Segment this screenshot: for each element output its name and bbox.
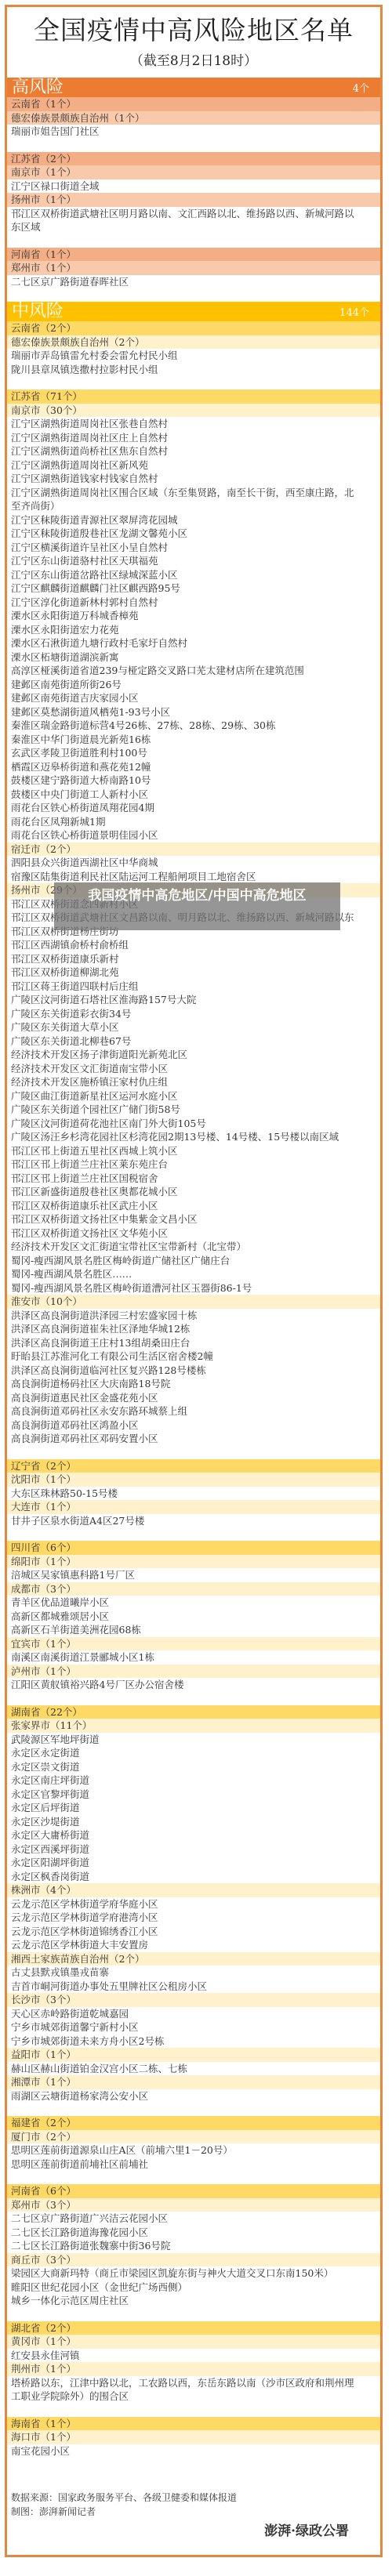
area-item: 高淳区桠溪街道省道239与桠定路交叉路口芜太建材店所在建筑范围 [7, 664, 380, 678]
area-item: 邗江区双桥街道柳湖北苑 [7, 966, 380, 980]
section-spacer [7, 234, 380, 248]
area-item: 古丈县默戎镇墨戎苗寨 [7, 1966, 380, 1980]
area-item: 梁园区大商新玛特（商丘市梁园区凯旋东街与神火大道交叉口东南150米） [7, 2266, 380, 2281]
area-item: 武陵源区军地坪街道 [7, 1733, 380, 1747]
area-item: 鼓楼区中央门街道工人新村小区 [7, 788, 380, 802]
area-item: 广陵区东关街道大草小区 [7, 1020, 380, 1034]
area-item: 大东区珠林路50-15号楼 [7, 1487, 380, 1501]
area-item: 瑞丽市姐告国门社区 [7, 125, 380, 139]
area-item: 江宁区东山街道岔路社区绿城深蓝小区 [7, 568, 380, 582]
city-header: 绵阳市（1个） [7, 1555, 380, 1569]
city-header: 德宏傣族景颇族自治州（2个） [7, 335, 380, 350]
area-item: 二七区京广路街道春晖社区 [7, 275, 380, 289]
section-spacer [7, 2404, 380, 2417]
area-item: 宿豫区陆集街道利民社区陆运河工程船闸项目工地宿舍区 [7, 870, 380, 884]
data-source: 数据来源：国家政务服务平台、各级卫健委和媒体报道 [11, 2491, 380, 2505]
section-spacer [7, 2458, 380, 2471]
area-item: 赫山区赫山街道铂金汉宫小区二栋、七栋 [7, 2062, 380, 2076]
area-item: 江宁区麒麟街道麒麟门社区麒西路95号 [7, 582, 380, 596]
area-item: 建邺区莫愁湖街道风栖苑1-93号小区 [7, 705, 380, 719]
province-header: 云南省（1个） [7, 97, 380, 111]
high-risk-count: 4个 [353, 80, 369, 95]
area-item: 雨花台区铁心桥街道凤翔花园4期 [7, 801, 380, 815]
area-item: 蜀冈-瘦西湖风景名胜区梅岭街道漕河社区玉器街86-1号 [7, 1281, 380, 1295]
high-risk-list: 云南省（1个）德宏傣族景颇族自治州（1个）瑞丽市姐告国门社区江苏省（2个）南京市… [7, 97, 380, 302]
area-item: 青羊区优品道曦岸小区 [7, 1596, 380, 1610]
area-item: 盱眙县江苏淮河化工有限公司生活区宿舍楼2幢 [7, 1350, 380, 1364]
area-item: 永定区后坪街道 [7, 1801, 380, 1815]
city-header: 湘西土家族苗族自治州（2个） [7, 1952, 380, 1966]
section-spacer [7, 288, 380, 302]
area-item: 洪泽区高良涧街道王庄村13组胡桑田庄台 [7, 1336, 380, 1350]
area-item: 思明区莲前街道源泉山庄A区（前埔六里1－20号） [7, 2143, 380, 2158]
area-item: 高良涧街道邓码社区永安东路环城蔡上组 [7, 1404, 380, 1418]
publisher-logo: 澎湃·绿政公署 [11, 2525, 380, 2539]
mid-risk-list: 云南省（2个）德宏傣族景颇族自治州（2个）瑞丽市弄岛镇雷允村委会雷允村民小组陇川… [7, 321, 380, 2471]
area-item: 江宁区禄口街道全域 [7, 179, 380, 194]
city-header: 商丘市（3个） [7, 2253, 380, 2267]
page-subtitle: （截至8月2日18时） [7, 49, 380, 69]
city-header: 长沙市（3个） [7, 1993, 380, 2007]
city-header: 株洲市（4个） [7, 1883, 380, 1897]
city-header: 宿迁市（2个） [7, 842, 380, 857]
area-item: 高新区石羊街道美洲花园68栋 [7, 1623, 380, 1637]
city-header: 张家界市（11个） [7, 1719, 380, 1733]
area-item: 江宁区秣陵街道青源社区翠屏湾花园城 [7, 513, 380, 527]
province-header: 河南省（1个） [7, 248, 380, 262]
area-item: 二七区长江路街道海豫花园小区 [7, 2226, 380, 2240]
area-item: 邗江区新盛街道殷巷社区奥都花城小区 [7, 1185, 380, 1199]
area-item: 经济技术开发区扬子津街道阳光新苑北区 [7, 1048, 380, 1062]
area-item: 宁乡市城郊街道馨宁新村小区 [7, 2020, 380, 2034]
area-item: 邗江区双桥街道武塘社区明月路以南、文汇西路以北、维扬路以西、新城河路以东区域 [7, 207, 380, 234]
city-header: 扬州市（1个） [7, 193, 380, 207]
section-spacer [7, 2171, 380, 2184]
area-item: 广陵区汶河街道石塔社区淮海路157号大院 [7, 993, 380, 1007]
province-header: 四川省（6个） [7, 1541, 380, 1555]
area-item: 永定区沙堤街道 [7, 1815, 380, 1829]
area-item: 高良涧街道邓码社区邓码安置小区 [7, 1432, 380, 1446]
area-item: 广陵区汤汪乡杉湾花园社区杉湾花园2期13号楼、14号楼、15号楼以南区域 [7, 1130, 380, 1144]
area-item: 栖霞区迈皋桥街道和燕花苑12幢 [7, 760, 380, 774]
area-item: 江宁区湖熟街道周岗社区张巷自然村 [7, 417, 380, 431]
area-item: 广陵区曲江街道新星社区运河水庭小区 [7, 1089, 380, 1103]
area-item: 高良涧街道惠民社区金盛花苑小区 [7, 1391, 380, 1405]
area-item: 经济技术开发区施桥镇汪家村仇庄组 [7, 1075, 380, 1089]
section-spacer [7, 2103, 380, 2116]
area-item: 天心区赤岭路街道乾城嘉园 [7, 2007, 380, 2021]
area-item: 城乡一体化示范区周庄社区 [7, 2294, 380, 2308]
city-header: 沈阳市（1个） [7, 1473, 380, 1487]
city-header: 郑州市（3个） [7, 2198, 380, 2212]
area-item: 高良涧街道杨码社区大庆南路18号院 [7, 1377, 380, 1391]
area-item: 思明区莲前街道前埔社区前埔社 [7, 2158, 380, 2172]
province-header: 辽宁省（2个） [7, 1459, 380, 1473]
area-item: 鼓楼区建宁路街道大桥南路10号 [7, 774, 380, 788]
mid-risk-label: 中风险 [12, 302, 64, 321]
area-item: 塔桥路以东，江津中路以北，工农路以西，东岳东路以南（沙市区政府和荆州理工职业学院… [7, 2376, 380, 2404]
area-item: 江宁区东山街道骆村社区天琪福苑 [7, 554, 380, 568]
province-header: 海南省（1个） [7, 2417, 380, 2431]
city-header: 黄冈市（1个） [7, 2335, 380, 2349]
mid-risk-count: 144个 [339, 304, 369, 319]
area-item: 秦淮区瑞金路街道标营4号26栋、27栋、28栋、29栋、30栋 [7, 719, 380, 733]
area-item: 永定区阳湖坪街道 [7, 1856, 380, 1870]
city-header: 益阳市（1个） [7, 2048, 380, 2062]
high-risk-band: 高风险 4个 [7, 78, 380, 97]
area-item: 江宁区湖熟街道钱家村钱家自然村 [7, 472, 380, 486]
area-item: 江宁区横溪街道许呈社区小呈自然村 [7, 541, 380, 555]
area-item: 云龙示范区学林街道大丰安置房 [7, 1938, 380, 1952]
area-item: 洪泽区高良涧街道崔朱社区泽地华城12栋 [7, 1322, 380, 1336]
area-item: 雨花台区凤翔新城1期 [7, 815, 380, 829]
section-spacer [7, 139, 380, 152]
area-item: 广陵区东关街道彩衣街34号 [7, 1007, 380, 1021]
city-header: 海口市（1个） [7, 2430, 380, 2444]
area-item: 溧水区柘塘街道湖滨新寓 [7, 650, 380, 665]
watermark-caption: 我国疫情中高危地区/中国中高危地区 [54, 882, 340, 930]
city-header: 厦门市（2个） [7, 2130, 380, 2144]
area-item: 永定区南庄坪街道 [7, 1773, 380, 1788]
province-header: 江苏省（2个） [7, 152, 380, 166]
area-item: 邗江区蒋王街道四联村后庄组 [7, 980, 380, 994]
section-spacer [7, 1692, 380, 1705]
section-spacer [7, 376, 380, 389]
area-item: 瑞丽市弄岛镇雷允村委会雷允村民小组 [7, 349, 380, 363]
area-item: 江宁区淳化街道新林村郭村自然村 [7, 596, 380, 610]
area-item: 云龙示范区学林街道学府华庭小区 [7, 1897, 380, 1911]
province-header: 湖北省（2个） [7, 2321, 380, 2335]
province-header: 江苏省（71个） [7, 389, 380, 404]
section-spacer [7, 1446, 380, 1459]
area-item: 玄武区孝陵卫街道胜利村100号 [7, 746, 380, 760]
area-item: 邗江区邗上街道五里社区西城上筑小区 [7, 1144, 380, 1158]
area-item: 江宁区湖熟街道周岗社区新风苑 [7, 458, 380, 473]
area-item: 涪城区吴家镇惠科路1号厂区 [7, 1568, 380, 1582]
area-item: 南溪区南溪街道江景郦城小区1栋 [7, 1650, 380, 1665]
area-item: 睢阳区世纪花园小区（金世纪广场西侧） [7, 2281, 380, 2295]
area-item: 洪泽区高良涧街道洪泽园三村宏盛家园十栋 [7, 1309, 380, 1323]
city-header: 宜宾市（1个） [7, 1637, 380, 1651]
area-item: 永定区枫香岗街道 [7, 1870, 380, 1884]
city-header: 荆州市（1个） [7, 2362, 380, 2376]
area-item: 永定区官黎坪街道 [7, 1788, 380, 1802]
area-item: 云龙示范区学林街道锦绣香江小区 [7, 1925, 380, 1939]
city-header: 南京市（30个） [7, 404, 380, 418]
area-item: 江宁区湖熟街道周岗社区庄上自然村 [7, 431, 380, 445]
mid-risk-band: 中风险 144个 [7, 302, 380, 321]
city-header: 南京市（1个） [7, 165, 380, 179]
area-item: 江宁区湖熟街道尚桥社区焦东自然村 [7, 444, 380, 458]
area-item: 江宁区秣陵街道殷巷社区龙湖文馨苑小区 [7, 527, 380, 541]
area-item: 建邺区南苑街道吉庆家园小区 [7, 691, 380, 705]
area-item: 高良涧街道邓码社区鸿盈小区 [7, 1418, 380, 1433]
area-item: 二七区京广路街道广兴洁云花园小区 [7, 2212, 380, 2226]
city-header: 德宏傣族景颇族自治州（1个） [7, 111, 380, 125]
area-item: 二七区长江路街道张魏寨中街36号院 [7, 2239, 380, 2253]
area-item: 永定区永定街道 [7, 1746, 380, 1760]
area-item: 溧水区石湫街道九塘行政村毛家圩自然村 [7, 636, 380, 650]
area-item: 永定区西溪坪街道 [7, 1842, 380, 1857]
risk-list-card: 全国疫情中高风险地区名单 （截至8月2日18时） 高风险 4个 云南省（1个）德… [5, 5, 383, 2557]
area-item: 南宝花园小区 [7, 2444, 380, 2458]
area-item: 高新区都城雅颂居小区 [7, 1610, 380, 1624]
area-item: 永定区崇文街道 [7, 1760, 380, 1774]
area-item: 邗江区双桥街道文扬社区文华苑小区 [7, 1226, 380, 1241]
city-header: 成都市（3个） [7, 1582, 380, 1596]
section-spacer [7, 2308, 380, 2321]
area-item: 宁乡市城郊街道未来方舟小区2号栋 [7, 2034, 380, 2049]
header: 全国疫情中高风险地区名单 （截至8月2日18时） [7, 7, 380, 78]
area-item: 红安县永佳河镇 [7, 2349, 380, 2363]
area-item: 蜀冈-瘦西湖风景名胜区…… [7, 1267, 380, 1281]
area-item: 甘井子区泉水街道A4区27号楼 [7, 1514, 380, 1528]
area-item: 经济技术开发区文汇街道南宝带小区 [7, 1062, 380, 1076]
area-item: 秦淮区中华门街道晨光新苑16栋 [7, 733, 380, 747]
area-item: 邗江区双桥街道康乐新村 [7, 952, 380, 966]
area-item: 陇川县章凤镇迭撒村拉影村民小组 [7, 363, 380, 377]
area-item: 永定区大庸桥街道 [7, 1828, 380, 1842]
city-header: 郑州市（1个） [7, 261, 380, 275]
area-item: 泗阳县众兴街道西湖社区中华商城 [7, 856, 380, 870]
area-item: 溧水区永阳街道宏力花苑 [7, 623, 380, 637]
footer: 数据来源：国家政务服务平台、各级卫健委和媒体报道 制图：澎湃新闻记者 澎湃·绿政… [7, 2491, 380, 2539]
province-header: 福建省（2个） [7, 2116, 380, 2130]
area-item: 雨花台区铁心桥街道景明佳园小区 [7, 828, 380, 842]
area-item: 邗江区双桥街道文扬社区中集紫金文昌小区 [7, 1212, 380, 1226]
area-item: 江阳区黄舣镇裕兴路4号厂区办公宿舍楼 [7, 1678, 380, 1692]
area-item: 蜀冈-瘦西湖风景名胜区梅岭街道广储社区广储庄台 [7, 1254, 380, 1268]
high-risk-label: 高风险 [12, 78, 64, 97]
chart-credit: 制图：澎湃新闻记者 [11, 2505, 380, 2520]
area-item: 江宁区湖熟街道周岗社区围合区域（东至集贤路，南至长干街，西至康庄路，北至齐尚街） [7, 486, 380, 513]
area-item: 雨湖区云塘街道杨家湾公安小区 [7, 2089, 380, 2103]
area-item: 广陵区汶河街道荷花池社区南门外大街105号 [7, 1117, 380, 1131]
area-item: 溧水区永阳街道万科城香樟苑 [7, 609, 380, 623]
area-item: 邗江区邗上街道兰庄社区国税宿舍 [7, 1172, 380, 1186]
section-spacer [7, 1527, 380, 1541]
area-item: 经济技术开发区文汇街道宝带社区宝带新村（北宝带） [7, 1240, 380, 1254]
province-header: 湖南省（22个） [7, 1705, 380, 1719]
city-header: 泸州市（1个） [7, 1665, 380, 1679]
city-header: 淮安市（10个） [7, 1295, 380, 1309]
area-item: 广陵区东关街道个园社区广储门街58号 [7, 1103, 380, 1117]
area-item: 洪泽区高良涧街道临河社区复兴路128号楼栋 [7, 1364, 380, 1378]
area-item: 邗江区西湖镇俞桥村俞桥组 [7, 938, 380, 952]
area-item: 广陵区东关街道北柳巷67号 [7, 1034, 380, 1049]
city-header: 大连市（1个） [7, 1500, 380, 1514]
area-item: 建邺区南苑街道所街26号 [7, 678, 380, 692]
area-item: 邗江区双桥街道康乐社区武庄小区 [7, 1199, 380, 1213]
city-header: 湘潭市（1个） [7, 2075, 380, 2089]
area-item: 云龙示范区学林街道学府港湾小区 [7, 1911, 380, 1925]
area-item: 邗江区邗上街道兰庄社区莱东苑庄台 [7, 1158, 380, 1172]
province-header: 云南省（2个） [7, 321, 380, 335]
province-header: 河南省（6个） [7, 2184, 380, 2198]
page-title: 全国疫情中高风险地区名单 [7, 15, 380, 46]
area-item: 吉首市峒河街道办事处五里牌社区公租房小区 [7, 1980, 380, 1994]
